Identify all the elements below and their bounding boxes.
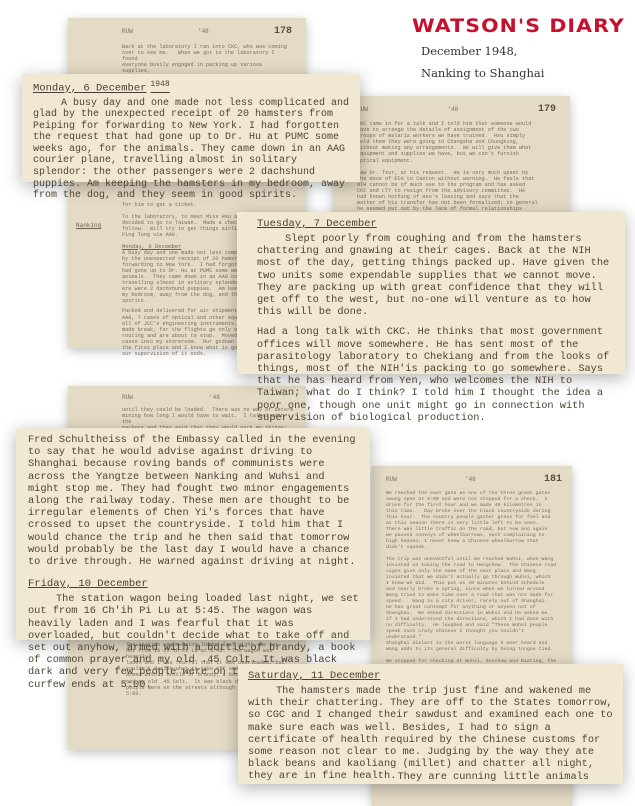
entry-paragraph: A busy day and one made not less complic…	[33, 98, 350, 202]
page-year: '48	[198, 28, 209, 35]
page-year: '48	[209, 394, 220, 401]
margin-location-label: Nanking	[76, 222, 101, 229]
entry-monday: Monday, 6 December1948 A busy day and on…	[22, 74, 360, 182]
page-initials: RUW	[122, 394, 133, 401]
page-year: '48	[465, 476, 476, 483]
page-header: RUW '48 179	[357, 104, 556, 115]
entry-paragraph: Had a long talk with CKC. He thinks that…	[257, 326, 615, 424]
entry-saturday: Saturday, 11 December The hamsters made …	[238, 664, 623, 784]
diary-page-179: RUW '48 179 CKC came in for a talk and I…	[333, 96, 570, 221]
page-year: '48	[447, 106, 458, 113]
entry-thursday-friday: Fred Schultheiss of the Embassy called i…	[16, 428, 370, 640]
page-number: 178	[274, 26, 292, 37]
entry-paragraph: Fred Schultheiss of the Embassy called i…	[28, 434, 360, 568]
page-initials: RUW	[122, 28, 133, 35]
entry-date: Friday, 10 December	[28, 578, 360, 590]
page-title: WATSON'S DIARY	[412, 14, 635, 38]
entry-date: Monday, 6 December1948	[33, 80, 350, 95]
entry-date: Tuesday, 7 December	[257, 218, 615, 230]
page-header: RUW '48 178	[122, 26, 292, 37]
header: WATSON'S DIARY December 1948, Nanking to…	[398, 14, 628, 82]
subtitle-route: Nanking to Shanghai	[421, 64, 628, 82]
entry-paragraph: The hamsters made the trip just fine and…	[248, 685, 613, 783]
handwritten-year: 1948	[150, 80, 169, 89]
entry-paragraph: Slept poorly from coughing and from the …	[257, 233, 615, 318]
page-header: RUW '48 181	[386, 474, 562, 485]
page-number: 179	[538, 104, 556, 115]
page-initials: RUW	[386, 476, 397, 483]
entry-tuesday: Tuesday, 7 December Slept poorly from co…	[237, 212, 625, 374]
entry-date: Saturday, 11 December	[248, 670, 613, 682]
page-number: 181	[544, 474, 562, 485]
subtitle-date: December 1948,	[421, 42, 628, 60]
